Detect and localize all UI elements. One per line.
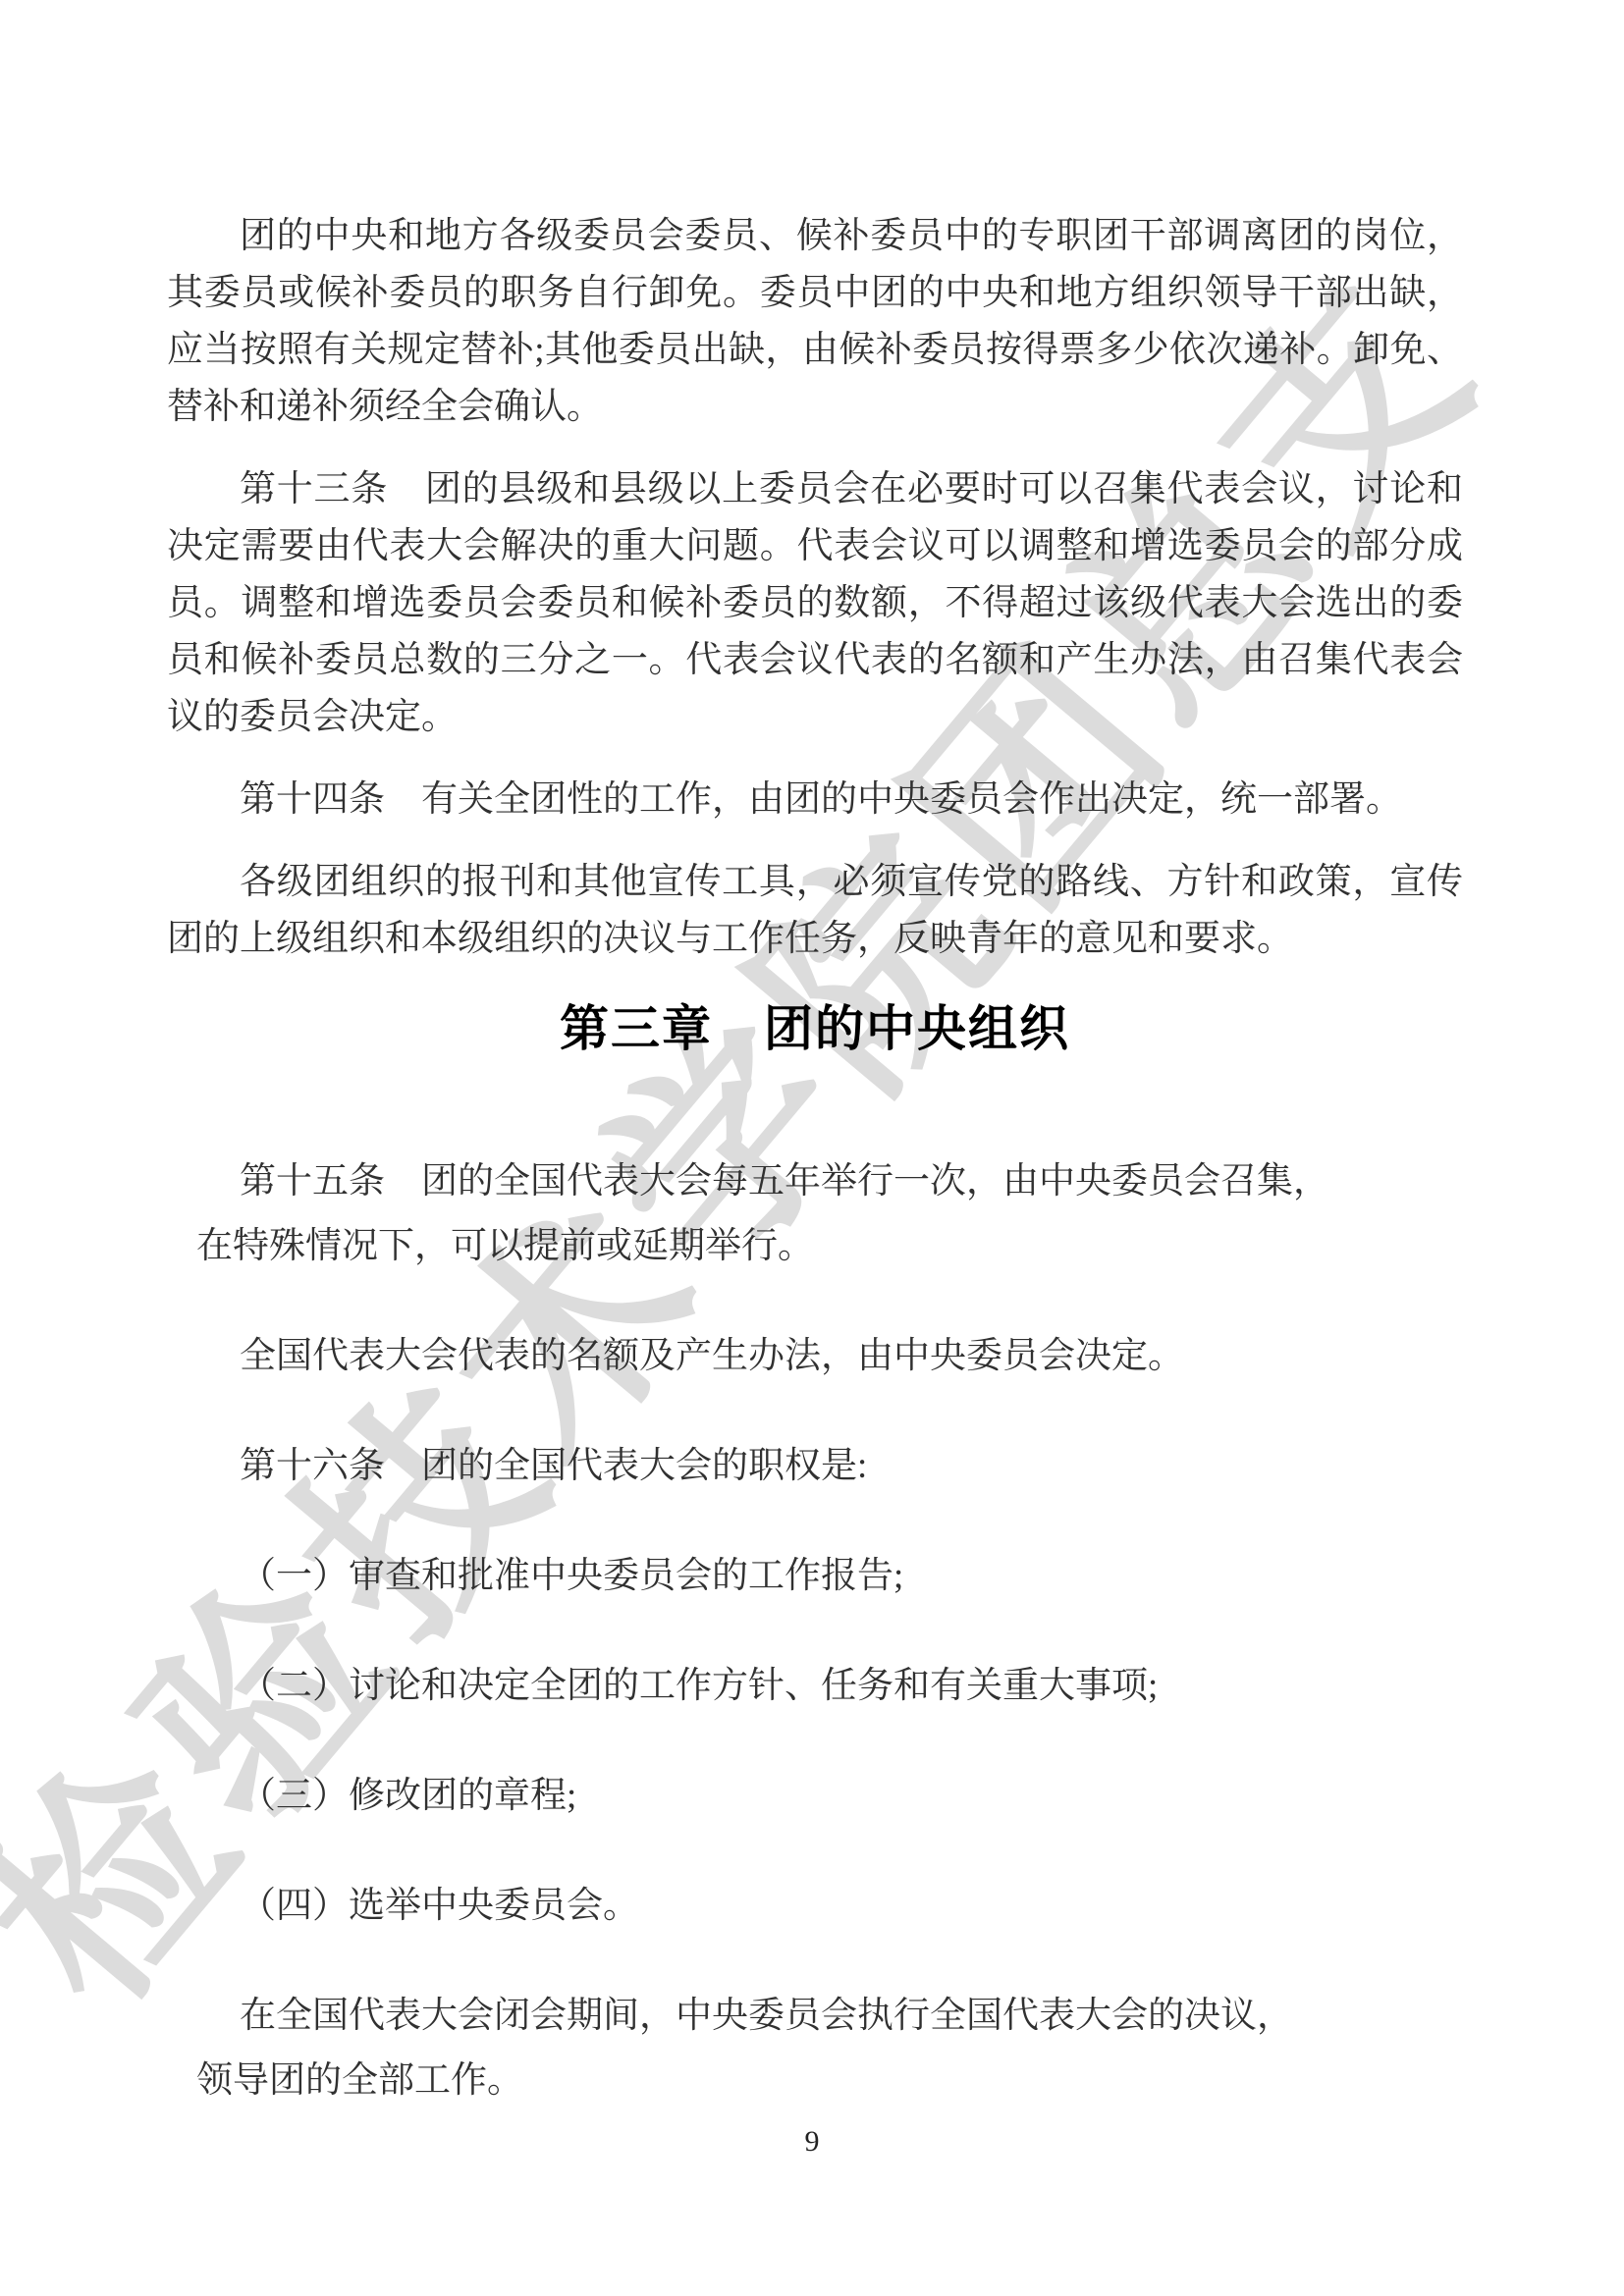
list-item-4: （四）选举中央委员会。 xyxy=(167,1874,1463,1939)
paragraph-committee-vacancy: 团的中央和地方各级委员会委员、候补委员中的专职团干部调离团的岗位， 其委员或候补… xyxy=(167,208,1463,436)
page-number: 9 xyxy=(0,2125,1624,2159)
para-line: 第十三条 团的县级和县级以上委员会在必要时可以召集代表会议，讨论和 xyxy=(167,461,1463,518)
para-line: （一）审查和批准中央委员会的工作报告; xyxy=(167,1544,1463,1609)
para-line: 其委员或候补委员的职务自行卸免。委员中团的中央和地方组织领导干部出缺， xyxy=(167,265,1463,322)
para-line: 全国代表大会代表的名额及产生办法，由中央委员会决定。 xyxy=(167,1324,1463,1389)
paragraph-closing: 在全国代表大会闭会期间，中央委员会执行全国代表大会的决议， 领导团的全部工作。 xyxy=(167,1984,1463,2113)
list-item-1: （一）审查和批准中央委员会的工作报告; xyxy=(167,1544,1463,1609)
para-line: 应当按照有关规定替补;其他委员出缺，由候补委员按得票多少依次递补。卸免、 xyxy=(167,322,1463,379)
para-line: 替补和递补须经全会确认。 xyxy=(167,379,1463,436)
para-line: 在特殊情况下，可以提前或延期举行。 xyxy=(167,1214,1463,1279)
document-body: 团的中央和地方各级委员会委员、候补委员中的专职团干部调离团的岗位， 其委员或候补… xyxy=(167,208,1463,2159)
paragraph-article-15: 第十五条 团的全国代表大会每五年举行一次，由中央委员会召集， 在特殊情况下，可以… xyxy=(167,1149,1463,1279)
para-line: （四）选举中央委员会。 xyxy=(167,1874,1463,1939)
para-line: （二）讨论和决定全团的工作方针、任务和有关重大事项; xyxy=(167,1654,1463,1719)
list-item-3: （三）修改团的章程; xyxy=(167,1764,1463,1829)
para-line: 员。调整和增选委员会委员和候补委员的数额，不得超过该级代表大会选出的委 xyxy=(167,575,1463,632)
para-line: 团的中央和地方各级委员会委员、候补委员中的专职团干部调离团的岗位， xyxy=(167,208,1463,265)
document-page: 检验技术学院团总支 团的中央和地方各级委员会委员、候补委员中的专职团干部调离团的… xyxy=(0,0,1624,2296)
para-line: 在全国代表大会闭会期间，中央委员会执行全国代表大会的决议， xyxy=(167,1984,1463,2049)
paragraph-article-13: 第十三条 团的县级和县级以上委员会在必要时可以召集代表会议，讨论和 决定需要由代… xyxy=(167,461,1463,746)
chapter-heading: 第三章 团的中央组织 xyxy=(167,997,1463,1061)
list-item-2: （二）讨论和决定全团的工作方针、任务和有关重大事项; xyxy=(167,1654,1463,1719)
para-line: 员和候补委员总数的三分之一。代表会议代表的名额和产生办法，由召集代表会 xyxy=(167,632,1463,689)
para-line: 第十六条 团的全国代表大会的职权是: xyxy=(167,1434,1463,1499)
para-line: 领导团的全部工作。 xyxy=(167,2049,1463,2113)
paragraph-propaganda: 各级团组织的报刊和其他宣传工具，必须宣传党的路线、方针和政策，宣传 团的上级组织… xyxy=(167,854,1463,968)
para-line: 各级团组织的报刊和其他宣传工具，必须宣传党的路线、方针和政策，宣传 xyxy=(167,854,1463,911)
para-line: 第十五条 团的全国代表大会每五年举行一次，由中央委员会召集， xyxy=(167,1149,1463,1214)
para-line: （三）修改团的章程; xyxy=(167,1764,1463,1829)
paragraph-article-16: 第十六条 团的全国代表大会的职权是: xyxy=(167,1434,1463,1499)
para-line: 第十四条 有关全团性的工作，由团的中央委员会作出决定，统一部署。 xyxy=(167,772,1463,828)
paragraph-congress-quota: 全国代表大会代表的名额及产生办法，由中央委员会决定。 xyxy=(167,1324,1463,1389)
para-line: 团的上级组织和本级组织的决议与工作任务，反映青年的意见和要求。 xyxy=(167,911,1463,968)
paragraph-article-14: 第十四条 有关全团性的工作，由团的中央委员会作出决定，统一部署。 xyxy=(167,772,1463,828)
para-line: 决定需要由代表大会解决的重大问题。代表会议可以调整和增选委员会的部分成 xyxy=(167,518,1463,575)
para-line: 议的委员会决定。 xyxy=(167,689,1463,746)
